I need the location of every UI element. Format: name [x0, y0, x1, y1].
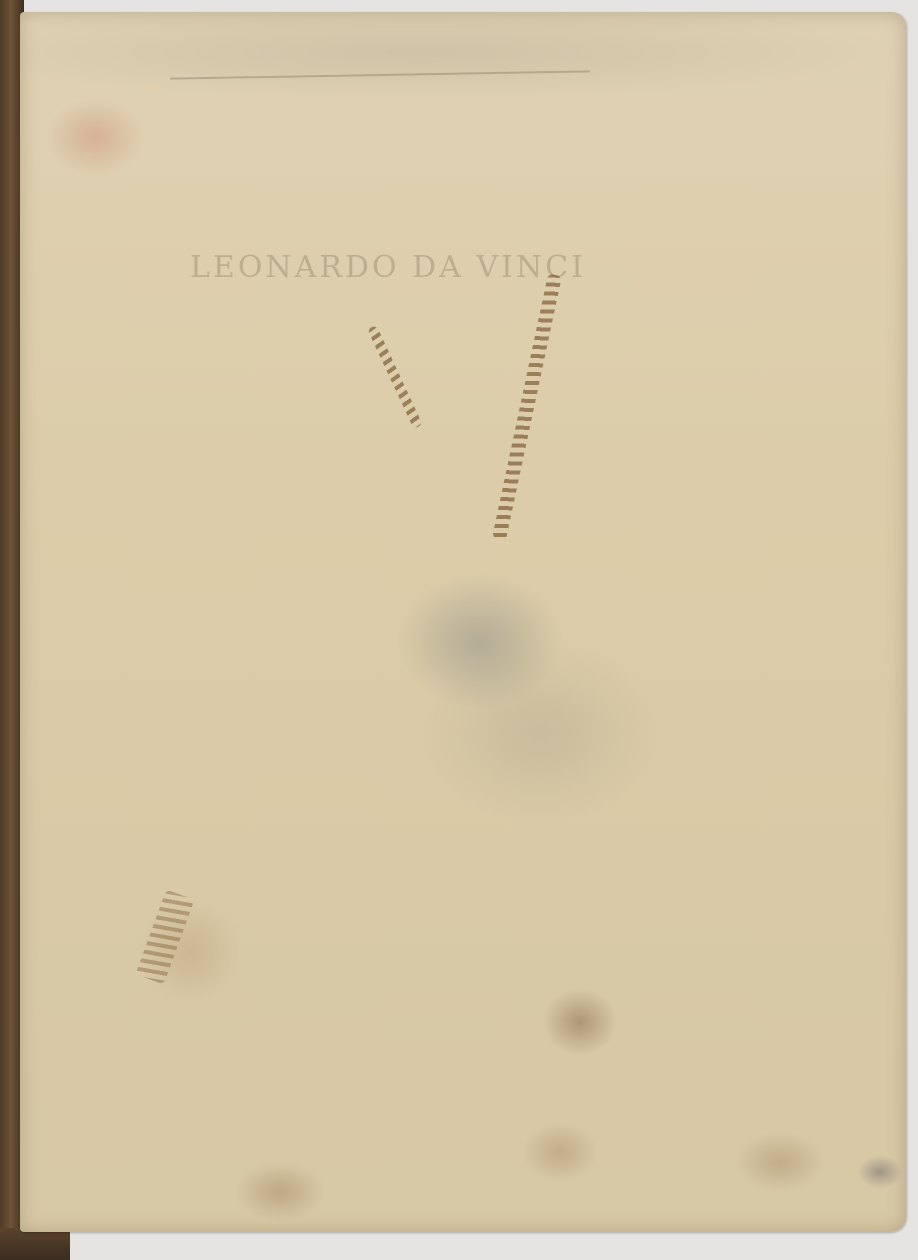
stain-streak-left: [367, 325, 423, 429]
top-crease: [170, 70, 590, 79]
faint-cover-title: LEONARDO DA VINCI: [190, 250, 710, 285]
stain-streak-lower-left: [136, 890, 195, 985]
book-cover: LEONARDO DA VINCI: [20, 12, 906, 1232]
book-spine-bottom: [0, 1228, 70, 1260]
stain-streak-right: [492, 273, 562, 540]
